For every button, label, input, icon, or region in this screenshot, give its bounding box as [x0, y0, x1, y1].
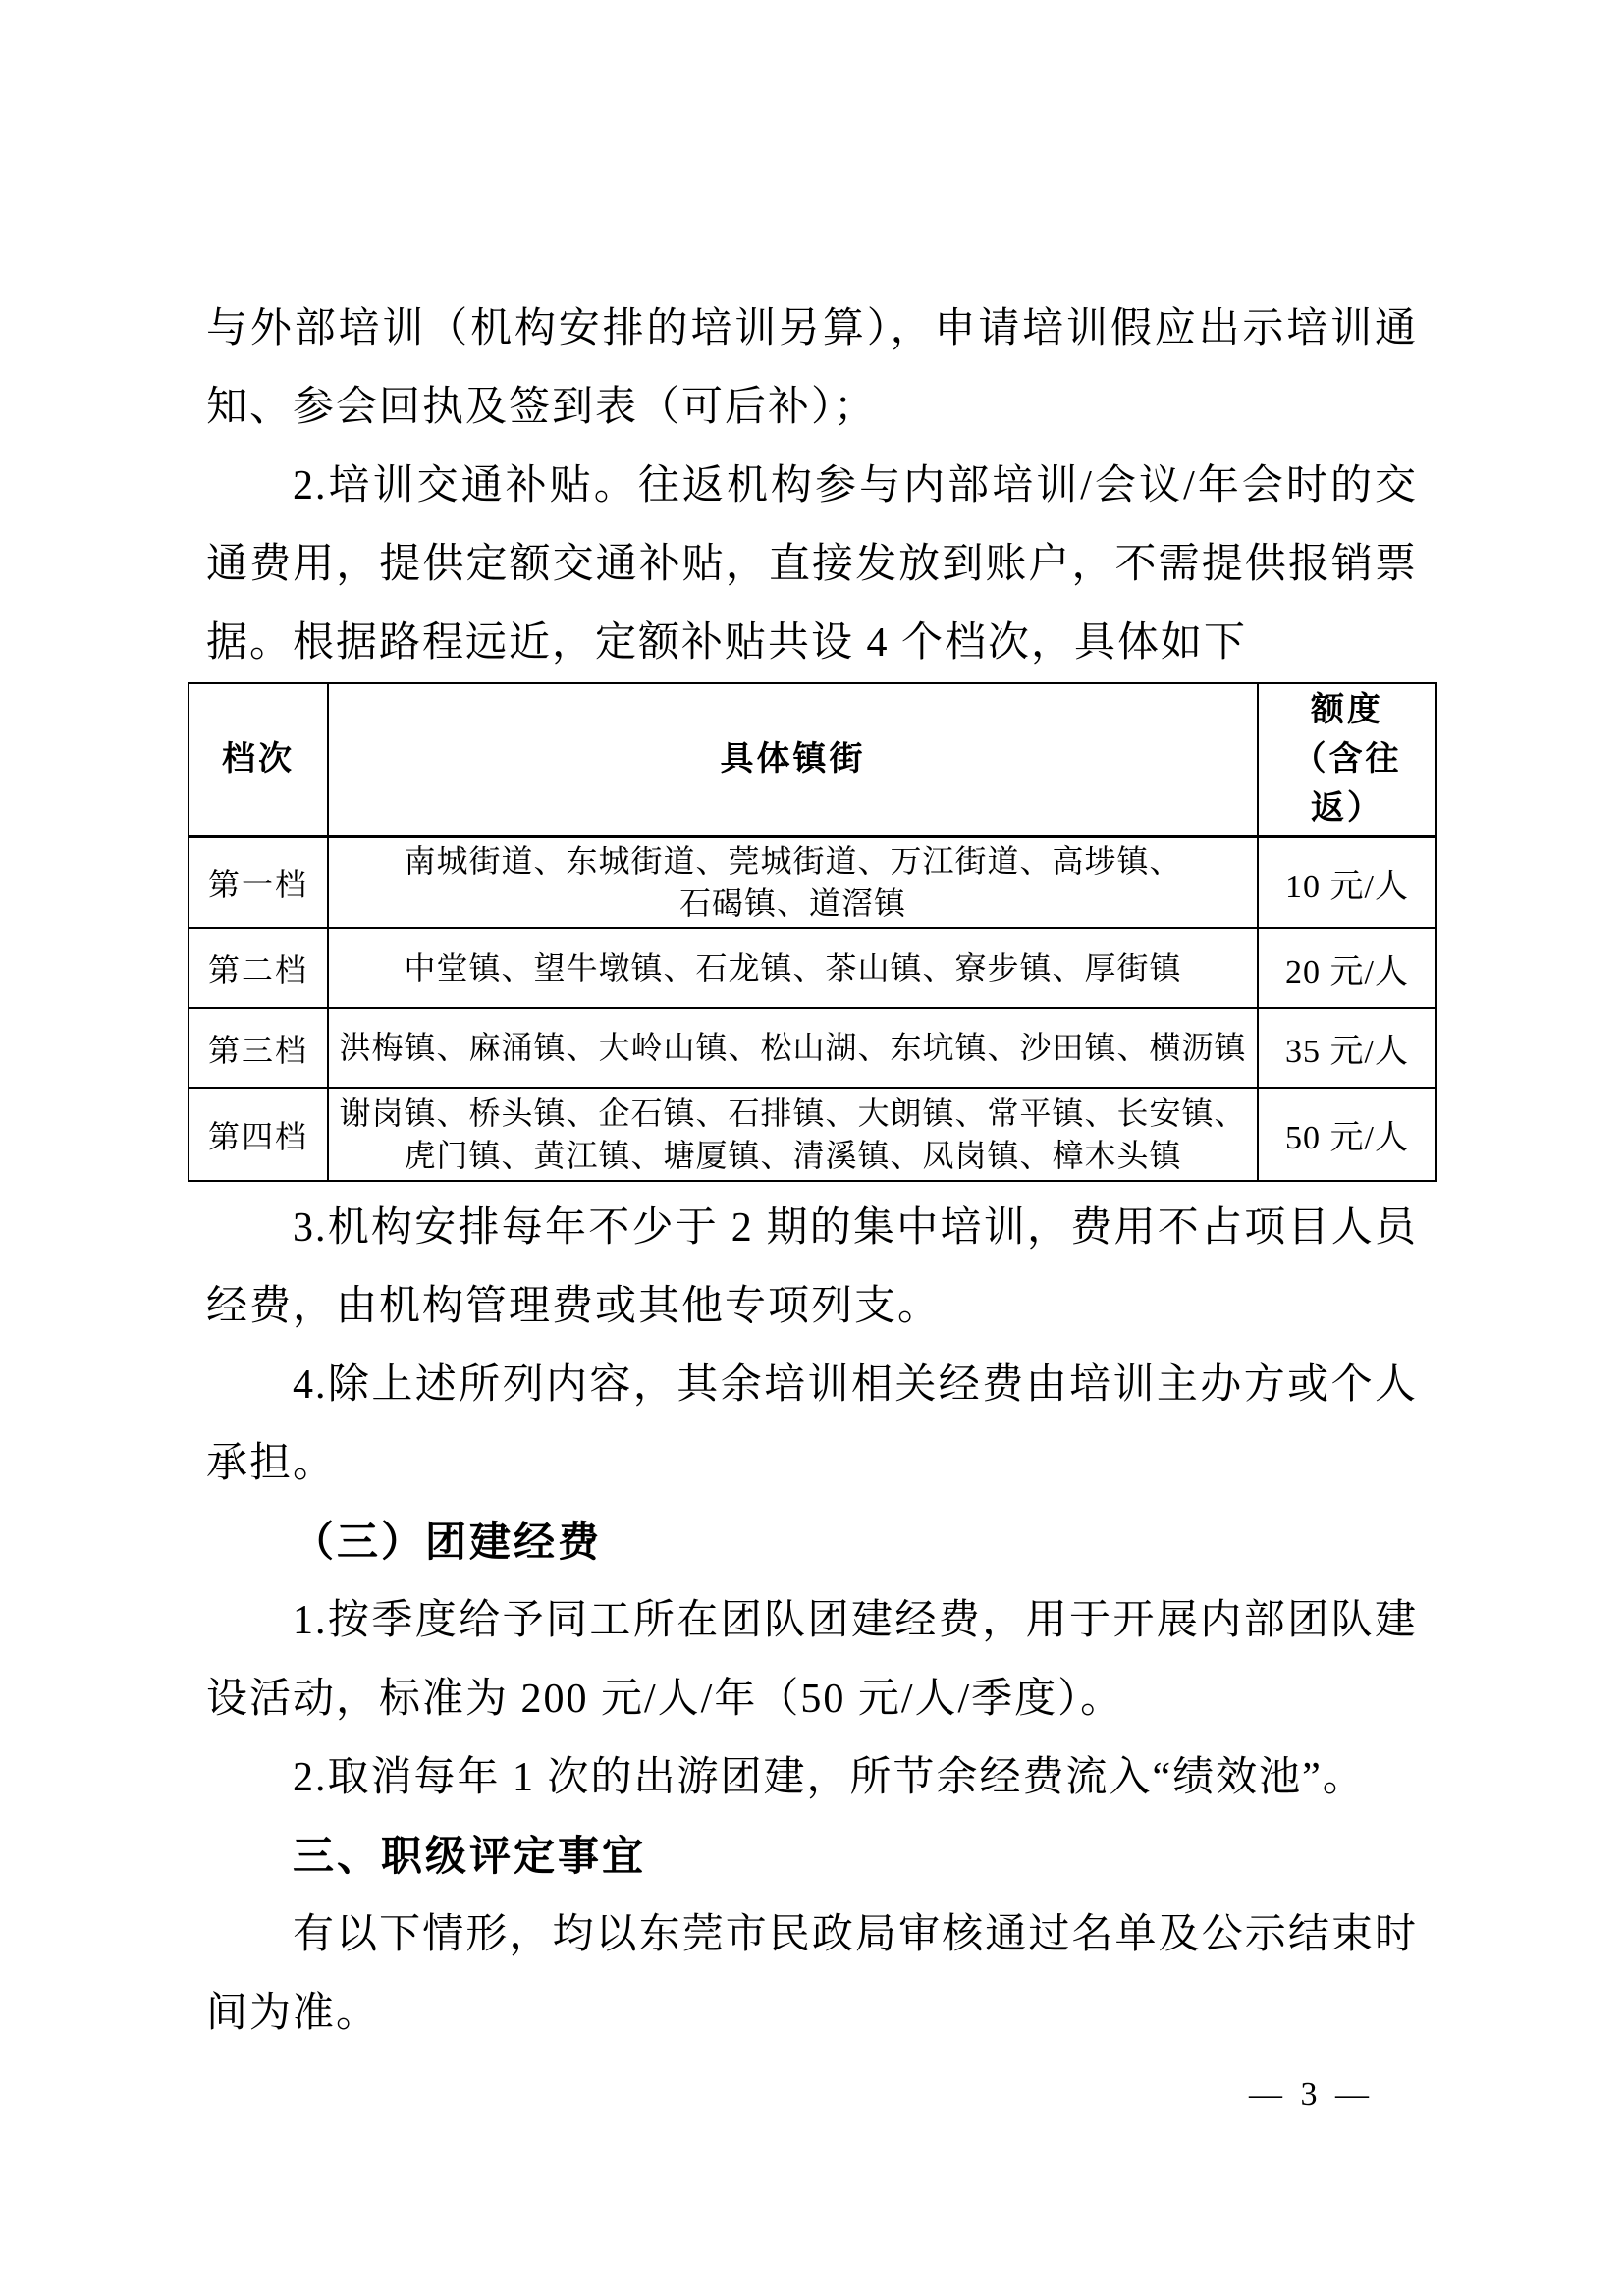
paragraph-training-sessions: 3.机构安排每年不少于 2 期的集中培训，费用不占项目人员经费，由机构管理费或其… — [206, 1189, 1418, 1346]
paragraph-other-costs: 4.除上述所列内容，其余培训相关经费由培训主办方或个人承担。 — [206, 1346, 1418, 1503]
table-header-tier: 档次 — [189, 683, 328, 837]
paragraph-transport-subsidy: 2.培训交通补贴。往返机构参与内部培训/会议/年会时的交通费用，提供定额交通补贴… — [206, 447, 1418, 682]
paragraph-team-cancel: 2.取消每年 1 次的出游团建，所节余经费流入“绩效池”。 — [206, 1738, 1418, 1817]
tier2-label: 第二档 — [189, 928, 328, 1008]
page-number: — 3 — — [1249, 2073, 1374, 2116]
paragraph-training-carryover: 与外部培训（机构安排的培训另算），申请培训假应出示培训通知、参会回执及签到表（可… — [206, 290, 1418, 447]
tier4-label: 第四档 — [189, 1088, 328, 1181]
heading-team-building-funds: （三）团建经费 — [206, 1503, 1418, 1581]
tier4-amount: 50 元/人 — [1258, 1088, 1436, 1181]
tier1-amount: 10 元/人 — [1258, 837, 1436, 929]
tier2-towns: 中堂镇、望牛墩镇、石龙镇、茶山镇、寮步镇、厚街镇 — [328, 928, 1258, 1008]
table-row-tier4: 第四档 谢岗镇、桥头镇、企石镇、石排镇、大朗镇、常平镇、长安镇、 虎门镇、黄江镇… — [189, 1088, 1436, 1181]
paragraph-team-quarterly: 1.按季度给予同工所在团队团建经费，用于开展内部团队建设活动，标准为 200 元… — [206, 1581, 1418, 1738]
tier4-towns: 谢岗镇、桥头镇、企石镇、石排镇、大朗镇、常平镇、长安镇、 虎门镇、黄江镇、塘厦镇… — [328, 1088, 1258, 1181]
tier3-label: 第三档 — [189, 1008, 328, 1088]
tier3-amount: 35 元/人 — [1258, 1008, 1436, 1088]
tier2-amount: 20 元/人 — [1258, 928, 1436, 1008]
table-header-row: 档次 具体镇街 额度 （含往返） — [189, 683, 1436, 837]
document-body: 与外部培训（机构安排的培训另算），申请培训假应出示培训通知、参会回执及签到表（可… — [206, 290, 1418, 2053]
tier1-towns: 南城街道、东城街道、莞城街道、万江街道、高埗镇、 石碣镇、道滘镇 — [328, 837, 1258, 929]
paragraph-rank-note: 有以下情形，均以东莞市民政局审核通过名单及公示结束时间为准。 — [206, 1896, 1418, 2053]
table-header-towns: 具体镇街 — [328, 683, 1258, 837]
tier1-label: 第一档 — [189, 837, 328, 929]
tier3-towns: 洪梅镇、麻涌镇、大岭山镇、松山湖、东坑镇、沙田镇、横沥镇 — [328, 1008, 1258, 1088]
table-row-tier2: 第二档 中堂镇、望牛墩镇、石龙镇、茶山镇、寮步镇、厚街镇 20 元/人 — [189, 928, 1436, 1008]
transport-subsidy-table: 档次 具体镇街 额度 （含往返） 第一档 南城街道、东城街道、莞城街道、万江街道… — [188, 682, 1437, 1182]
table-row-tier3: 第三档 洪梅镇、麻涌镇、大岭山镇、松山湖、东坑镇、沙田镇、横沥镇 35 元/人 — [189, 1008, 1436, 1088]
document-page: 与外部培训（机构安排的培训另算），申请培训假应出示培训通知、参会回执及签到表（可… — [0, 0, 1624, 2296]
table-row-tier1: 第一档 南城街道、东城街道、莞城街道、万江街道、高埗镇、 石碣镇、道滘镇 10 … — [189, 837, 1436, 929]
table-header-amount: 额度 （含往返） — [1258, 683, 1436, 837]
heading-rank-evaluation: 三、职级评定事宜 — [206, 1817, 1418, 1896]
